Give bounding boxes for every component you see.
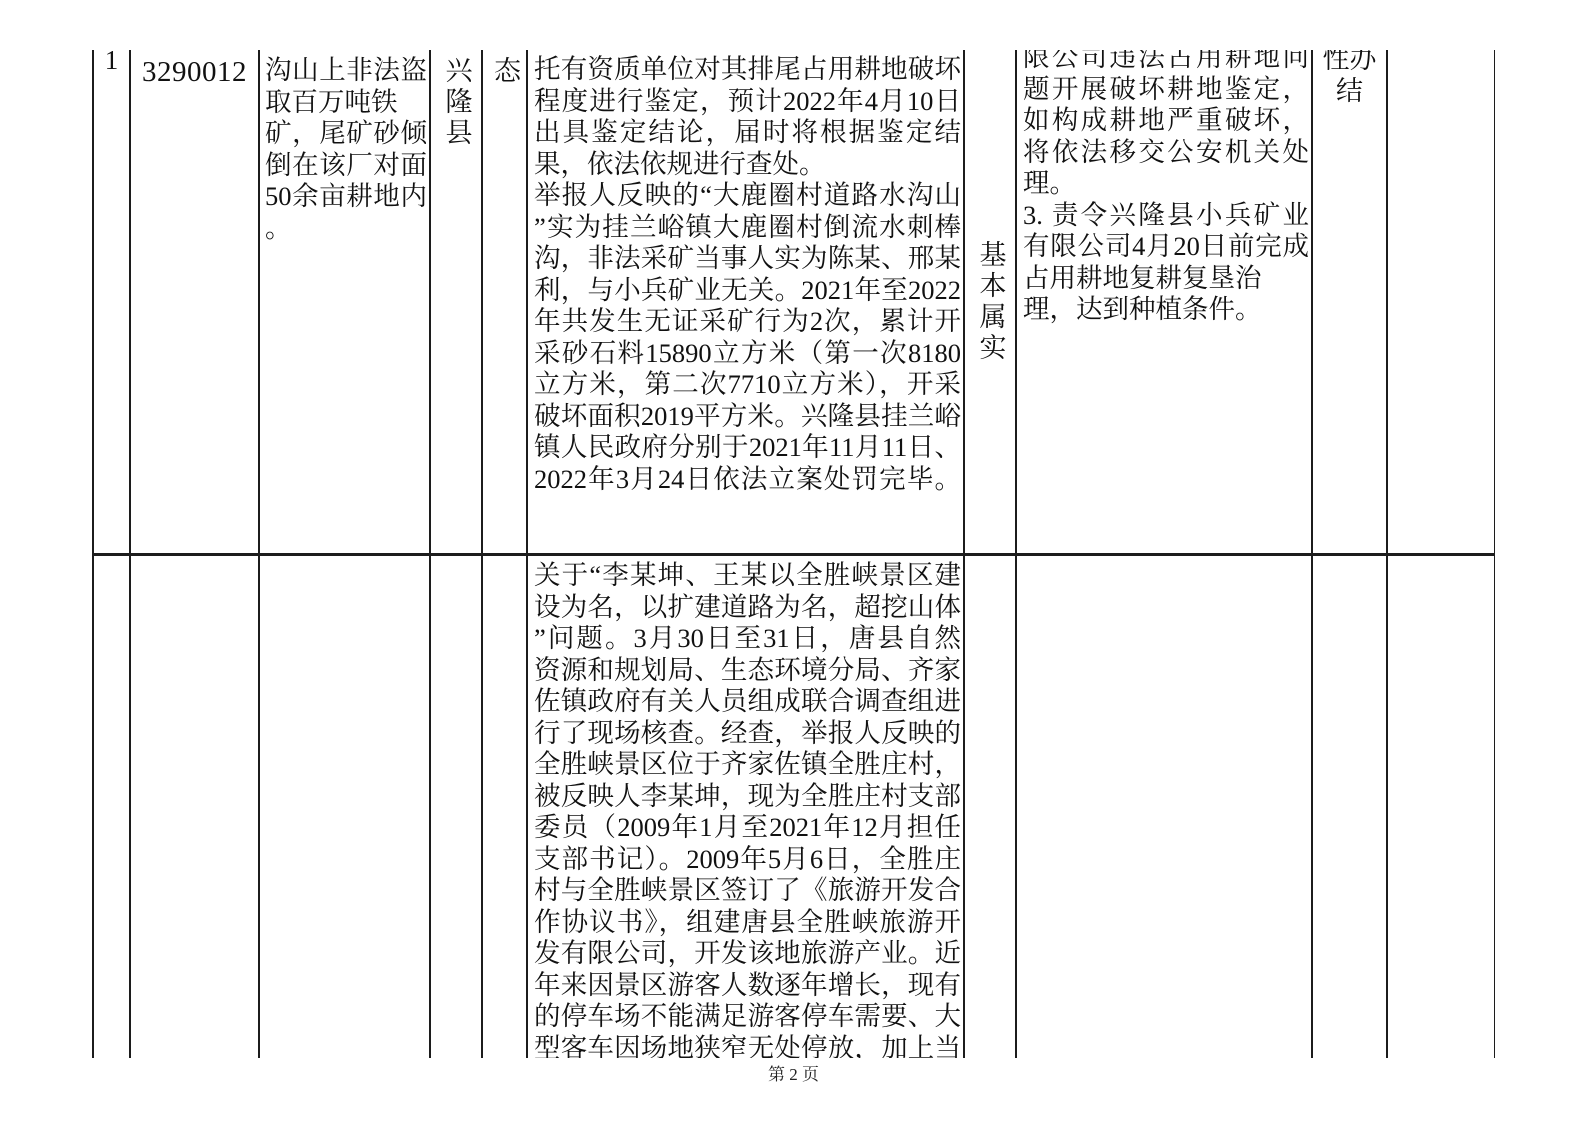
case-id: 3290012 [131,50,258,89]
handling-measures-cell: 限公司违法占用耕地问题开展破坏耕地鉴定，如构成耕地严重破坏，将依法移交公安机关处… [1017,50,1313,553]
serial-number-cell [94,556,131,1058]
completion-status-cell [1313,556,1388,1058]
complaint-summary [260,556,429,561]
table-row: 关于“李某坤、王某以全胜峡景区建设为名，以扩建道路为名，超挖山体”问题。3月30… [92,556,1495,1058]
complaint-summary-cell [260,556,431,1058]
document-page: { "page": { "footer": "第 2 页" }, "table"… [0,0,1587,1122]
investigation-details-cell: 关于“李某坤、王某以全胜峡景区建设为名，以扩建道路为名，超挖山体”问题。3月30… [528,556,965,1058]
investigation-details: 关于“李某坤、王某以全胜峡景区建设为名，以扩建道路为名，超挖山体”问题。3月30… [528,556,963,1058]
complaint-summary: 沟山上非法盗取百万吨铁矿，尾矿砂倾倒在该厂对面50余亩耕地内。 [260,50,429,244]
serial-number-cell: 1 [94,50,131,553]
handling-measures: 限公司违法占用耕地问题开展破坏耕地鉴定，如构成耕地严重破坏，将依法移交公安机关处… [1017,50,1311,326]
table-row: 1 3290012 沟山上非法盗取百万吨铁矿，尾矿砂倾倒在该厂对面50余亩耕地内… [92,50,1495,556]
county-cell [431,556,483,1058]
completion-status-cell: 性办 结 [1313,50,1388,553]
verification-result: 基本属实 [977,240,1004,364]
empty-cell [1388,50,1495,553]
category-label: 态 [491,56,518,87]
verification-result-cell: 基本属实 [965,50,1017,553]
case-table: 1 3290012 沟山上非法盗取百万吨铁矿，尾矿砂倾倒在该厂对面50余亩耕地内… [92,50,1495,1058]
handling-measures-cell [1017,556,1313,1058]
page-number: 第 2 页 [0,1060,1587,1085]
category-cell: 态 [483,50,528,553]
completion-status: 性办 结 [1313,50,1386,107]
investigation-details: 托有资质单位对其排尾占用耕地破坏程度进行鉴定，预计2022年4月10日出具鉴定结… [528,50,963,495]
empty-cell [1388,556,1495,1058]
serial-number: 1 [94,50,129,77]
county-label: 兴隆县 [443,56,470,149]
investigation-details-cell: 托有资质单位对其排尾占用耕地破坏程度进行鉴定，预计2022年4月10日出具鉴定结… [528,50,965,553]
verification-result-cell [965,556,1017,1058]
category-cell [483,556,528,1058]
county-cell: 兴隆县 [431,50,483,553]
case-id-cell: 3290012 [131,50,260,553]
case-id-cell [131,556,260,1058]
handling-measures [1017,556,1311,560]
complaint-summary-cell: 沟山上非法盗取百万吨铁矿，尾矿砂倾倒在该厂对面50余亩耕地内。 [260,50,431,553]
